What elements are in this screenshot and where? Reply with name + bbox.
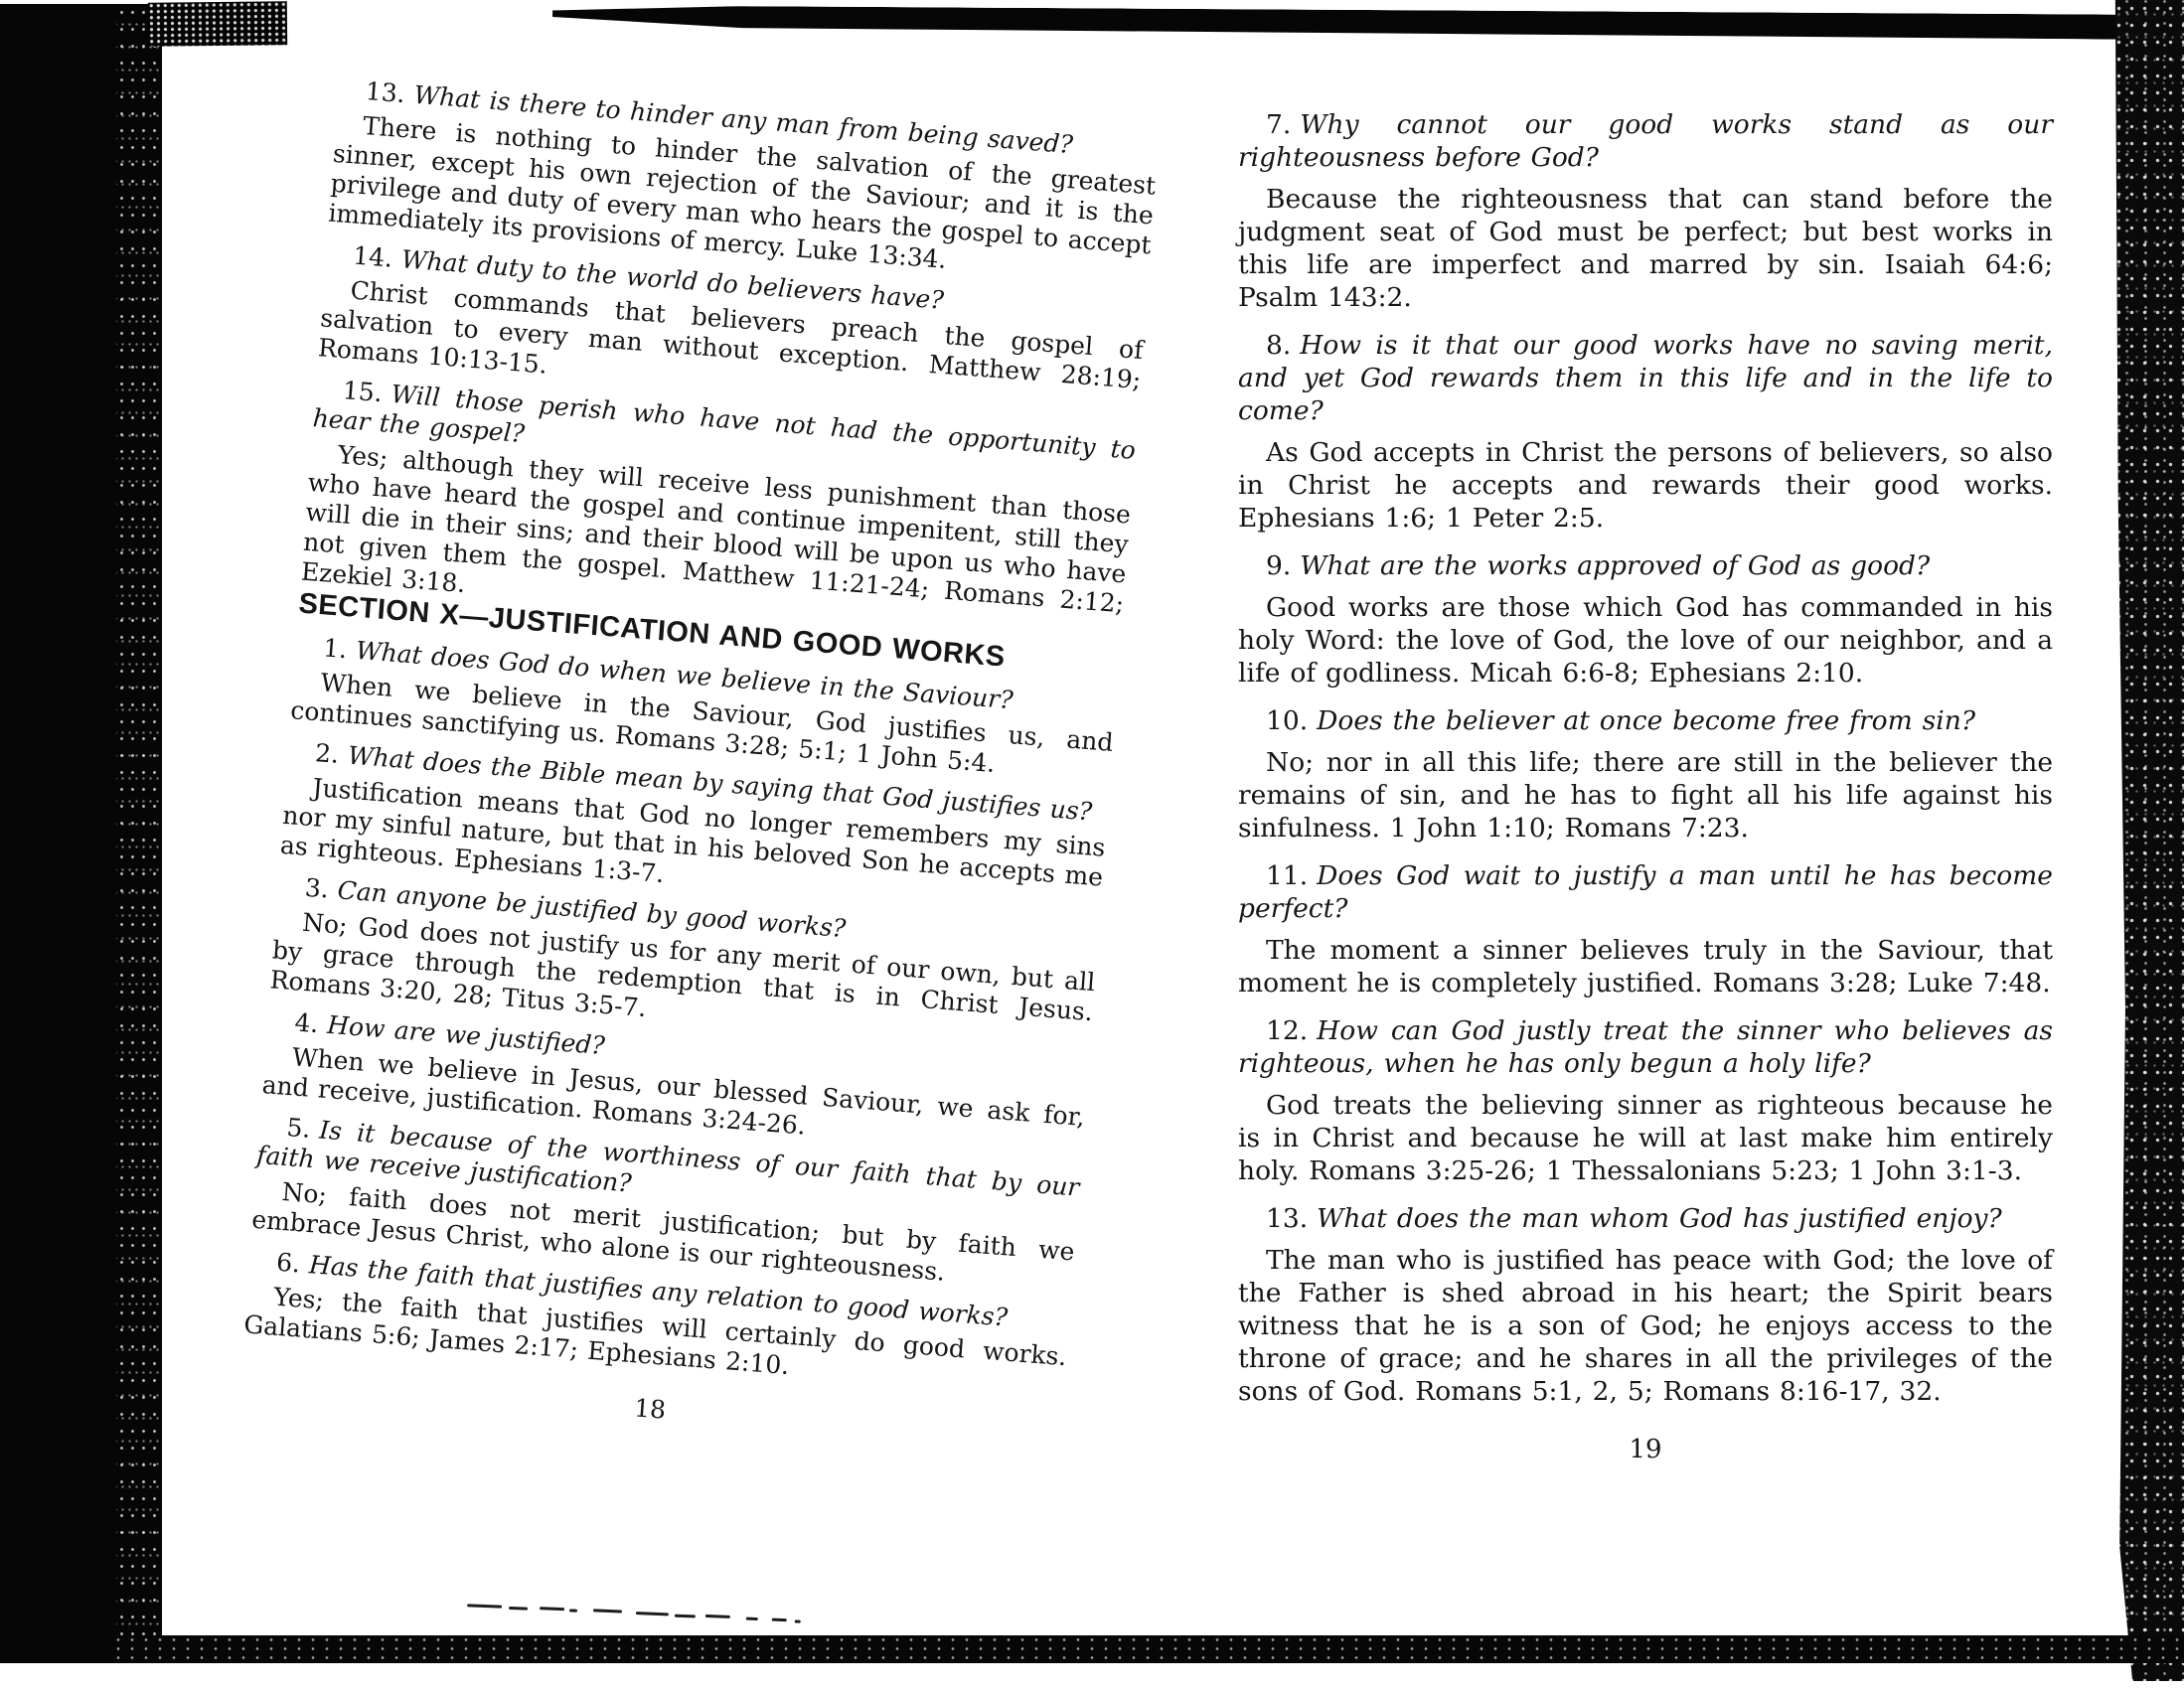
dash-mark <box>636 1612 669 1615</box>
question-text: What are the works approved of God as go… <box>1300 550 1930 581</box>
question-number: 6. <box>275 1248 301 1279</box>
qa-item: 7.Why cannot our good works stand as our… <box>1238 108 2053 314</box>
question-number: 2. <box>314 738 340 769</box>
question: 13.What does the man whom God has justif… <box>1238 1202 2053 1235</box>
page-top-edge-shadow <box>552 5 2132 40</box>
question-number: 13. <box>1266 1203 1308 1234</box>
book-cover-left-band <box>0 4 162 1663</box>
dash-mark <box>675 1614 696 1617</box>
question-number: 11. <box>1266 860 1308 891</box>
answer: God treats the believing sinner as right… <box>1238 1089 2053 1187</box>
question-number: 10. <box>1266 705 1308 736</box>
question-number: 3. <box>304 873 330 904</box>
question-number: 15. <box>342 376 384 407</box>
answer: No; nor in all this life; there are stil… <box>1238 746 2053 845</box>
dash-mark <box>771 1618 787 1622</box>
question-number: 14. <box>352 241 393 273</box>
answer: As God accepts in Christ the persons of … <box>1238 436 2053 535</box>
dash-mark <box>467 1604 502 1608</box>
question-number: 13. <box>365 77 406 108</box>
question: 9.What are the works approved of God as … <box>1238 549 2053 582</box>
question-text: How is it that our good works have no sa… <box>1238 330 2053 426</box>
qa-item: 8.How is it that our good works have no … <box>1238 329 2053 535</box>
book-cover-dither-patch <box>148 1 287 46</box>
question: 7.Why cannot our good works stand as our… <box>1238 108 2053 174</box>
question-number: 7. <box>1266 109 1291 140</box>
dash-mark <box>705 1615 730 1618</box>
question-number: 4. <box>294 1007 320 1038</box>
answer: The man who is justified has peace with … <box>1238 1244 2053 1408</box>
question-text: Does the believer at once become free fr… <box>1317 705 1975 736</box>
question: 12.How can God justly treat the sinner w… <box>1238 1014 2053 1080</box>
question-text: Why cannot our good works stand as our r… <box>1238 109 2053 173</box>
answer: The moment a sinner believes truly in th… <box>1238 934 2053 1000</box>
question-number: 1. <box>322 633 348 664</box>
question-number: 12. <box>1266 1015 1308 1046</box>
book-edge-texture-right <box>2112 0 2184 1681</box>
question-number: 8. <box>1266 330 1291 361</box>
question-text: What does the man whom God has justified… <box>1317 1203 2002 1234</box>
dash-mark <box>509 1606 528 1610</box>
qa-item: 13.What does the man whom God has justif… <box>1238 1202 2053 1408</box>
page-left: 13.What is there to hinder any man from … <box>238 64 1160 1456</box>
page-right: 7.Why cannot our good works stand as our… <box>1238 93 2053 1466</box>
question: 11.Does God wait to justify a man until … <box>1238 859 2053 925</box>
dash-mark <box>540 1607 564 1611</box>
question-text: How can God justly treat the sinner who … <box>1238 1015 2053 1079</box>
page-bottom-edge-shadow <box>111 1635 2184 1663</box>
answer: Good works are those which God has comma… <box>1238 591 2053 690</box>
qa-item: 11.Does God wait to justify a man until … <box>1238 859 2053 1000</box>
question-number: 5. <box>286 1113 312 1144</box>
dash-mark <box>795 1619 801 1622</box>
pencil-dash-marks <box>467 1599 801 1623</box>
dash-mark <box>593 1609 622 1613</box>
qa-item: 9.What are the works approved of God as … <box>1238 549 2053 690</box>
question-number: 9. <box>1266 550 1291 581</box>
question: 10.Does the believer at once become free… <box>1238 704 2053 737</box>
qa-item: 10.Does the believer at once become free… <box>1238 704 2053 845</box>
question-text: Does God wait to justify a man until he … <box>1238 860 2053 924</box>
question: 8.How is it that our good works have no … <box>1238 329 2053 427</box>
dash-mark <box>569 1609 577 1612</box>
answer: Because the righteousness that can stand… <box>1238 183 2053 314</box>
dash-mark <box>746 1617 758 1620</box>
scanned-book-spread: 13.What is there to hinder any man from … <box>0 0 2184 1692</box>
qa-item: 12.How can God justly treat the sinner w… <box>1238 1014 2053 1187</box>
page-number-right: 19 <box>1238 1434 2053 1466</box>
